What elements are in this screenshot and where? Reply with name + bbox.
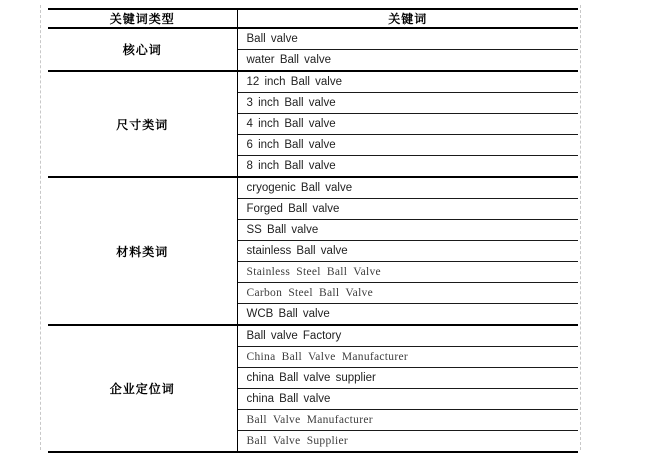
keyword-cell: Stainless Steel Ball Valve <box>237 262 578 283</box>
keyword-cell: stainless Ball valve <box>237 241 578 262</box>
table-row: 材料类词cryogenic Ball valve <box>48 177 578 199</box>
keyword-group-label: 材料类词 <box>48 177 237 325</box>
keyword-cell: 8 inch Ball valve <box>237 156 578 178</box>
keyword-table: 关键词类型 关键词 核心词Ball valvewater Ball valve尺… <box>48 8 578 453</box>
keyword-cell: cryogenic Ball valve <box>237 177 578 199</box>
keyword-group-label: 企业定位词 <box>48 325 237 452</box>
keyword-cell: WCB Ball valve <box>237 304 578 326</box>
keyword-cell: Carbon Steel Ball Valve <box>237 283 578 304</box>
header-row: 关键词类型 关键词 <box>48 9 578 28</box>
keyword-cell: china Ball valve supplier <box>237 368 578 389</box>
keyword-cell: Ball Valve Manufacturer <box>237 410 578 431</box>
keyword-cell: Forged Ball valve <box>237 199 578 220</box>
keyword-cell: China Ball Valve Manufacturer <box>237 347 578 368</box>
keyword-cell: china Ball valve <box>237 389 578 410</box>
column-header-keyword: 关键词 <box>237 9 578 28</box>
keyword-group-label: 尺寸类词 <box>48 71 237 177</box>
table-row: 企业定位词Ball valve Factory <box>48 325 578 347</box>
keyword-group-label: 核心词 <box>48 28 237 71</box>
table-row: 尺寸类词12 inch Ball valve <box>48 71 578 93</box>
table-row: 核心词Ball valve <box>48 28 578 50</box>
keyword-cell: 3 inch Ball valve <box>237 93 578 114</box>
keyword-cell: 4 inch Ball valve <box>237 114 578 135</box>
keyword-cell: Ball Valve Supplier <box>237 431 578 453</box>
keyword-cell: Ball valve Factory <box>237 325 578 347</box>
keyword-cell: Ball valve <box>237 28 578 50</box>
text-boundary-left <box>40 5 41 450</box>
keyword-cell: 6 inch Ball valve <box>237 135 578 156</box>
text-boundary-right <box>580 5 581 450</box>
keyword-cell: water Ball valve <box>237 50 578 72</box>
column-header-keyword-type: 关键词类型 <box>48 9 237 28</box>
keyword-cell: SS Ball valve <box>237 220 578 241</box>
keyword-cell: 12 inch Ball valve <box>237 71 578 93</box>
